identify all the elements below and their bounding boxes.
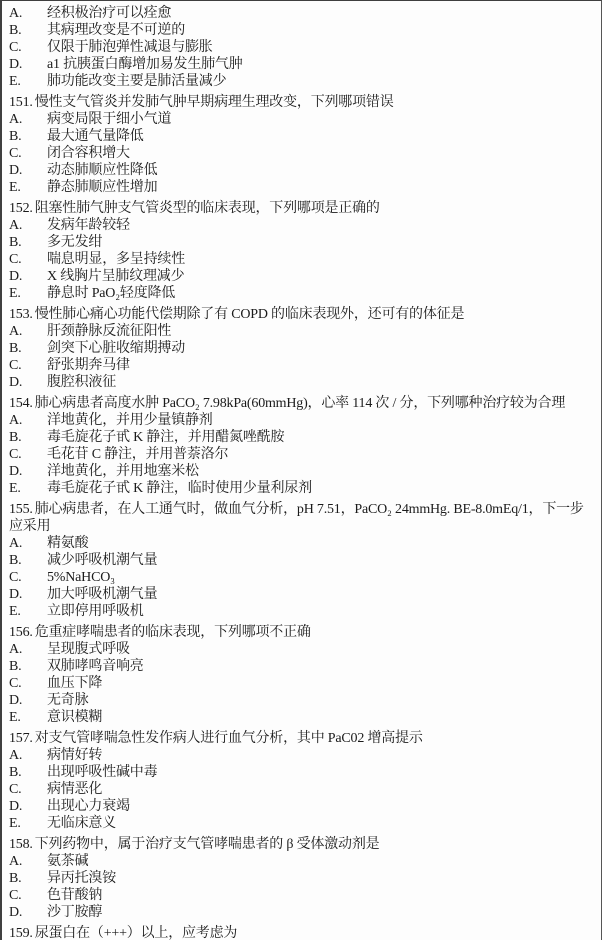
- question-stem: 154.肺心病患者高度水肿 PaCO₂ 7.98kPa(60mmHg)，心率 1…: [9, 395, 595, 412]
- question-154: 154.肺心病患者高度水肿 PaCO₂ 7.98kPa(60mmHg)，心率 1…: [9, 395, 595, 497]
- option-label: E.: [9, 73, 47, 90]
- option-label: E.: [9, 480, 47, 497]
- option-label: A.: [9, 5, 47, 22]
- q156-option-a: A.呈现腹式呼吸: [9, 641, 595, 658]
- option-label: C.: [9, 887, 47, 904]
- option-label: B.: [9, 22, 47, 39]
- option-label: C.: [9, 251, 47, 268]
- q154-option-d: D.洋地黄化，并用地塞米松: [9, 463, 595, 480]
- option-text: 闭合容积增大: [47, 146, 130, 161]
- option-text: 多无发绀: [47, 235, 102, 250]
- q154-option-e: E.毒毛旋花子甙 K 静注，临时使用少量利尿剂: [9, 480, 595, 497]
- option-text: 意识模糊: [47, 710, 102, 725]
- question-152: 152.阻塞性肺气肿支气管炎型的临床表现，下列哪项是正确的 A.发病年龄较轻 B…: [9, 200, 595, 302]
- question-number: 151.: [9, 95, 33, 110]
- option-label: A.: [9, 747, 47, 764]
- option-text: 血压下降: [47, 676, 102, 691]
- option-label: C.: [9, 39, 47, 56]
- q156-option-e: E.意识模糊: [9, 709, 595, 726]
- q154-option-b: B.毒毛旋花子甙 K 静注，并用醋氮唑酰胺: [9, 429, 595, 446]
- question-stem: 155.肺心病患者，在人工通气时，做血气分析，pH 7.51，PaCO₂ 24m…: [9, 501, 595, 535]
- question-157: 157.对支气管哮喘急性发作病人进行血气分析，其中 PaC02 增高提示 A.病…: [9, 730, 595, 832]
- option-label: C.: [9, 145, 47, 162]
- option-text: 毒毛旋花子甙 K 静注，并用醋氮唑酰胺: [47, 430, 284, 445]
- question-153: 153.慢性肺心痛心功能代偿期除了有 COPD 的临床表现外，还可有的体征是 A…: [9, 306, 595, 391]
- option-label: A.: [9, 535, 47, 552]
- question-stem: 153.慢性肺心痛心功能代偿期除了有 COPD 的临床表现外，还可有的体征是: [9, 306, 595, 323]
- option-text: 腹腔积液征: [47, 375, 116, 390]
- q155-option-a: A.精氨酸: [9, 535, 595, 552]
- q157-option-d: D.出现心力衰竭: [9, 798, 595, 815]
- option-text: 静态肺顺应性增加: [47, 180, 157, 195]
- question-text: 危重症哮喘患者的临床表现，下列哪项不正确: [35, 625, 311, 640]
- option-label: B.: [9, 429, 47, 446]
- q152-option-c: C.喘息明显，多呈持续性: [9, 251, 595, 268]
- q152-option-b: B.多无发绀: [9, 234, 595, 251]
- q157-option-b: B.出现呼吸性碱中毒: [9, 764, 595, 781]
- option-text: 病情恶化: [47, 782, 102, 797]
- q158-option-a: A.氨茶碱: [9, 853, 595, 870]
- option-label: D.: [9, 56, 47, 73]
- question-number: 154.: [9, 396, 33, 411]
- option-label: E.: [9, 179, 47, 196]
- q157-option-e: E.无临床意义: [9, 815, 595, 832]
- option-label: D.: [9, 374, 47, 391]
- option-text: 病变局限于细小气道: [47, 112, 171, 127]
- option-text: 加大呼吸机潮气量: [47, 587, 157, 602]
- option-text: 精氨酸: [47, 536, 88, 551]
- option-text: 剑突下心脏收缩期搏动: [47, 341, 185, 356]
- q151-option-d: D.动态肺顺应性降低: [9, 162, 595, 179]
- question-151: 151.慢性支气管炎并发肺气肿早期病理生理改变，下列哪项错误 A.病变局限于细小…: [9, 94, 595, 196]
- option-text: 仅限于肺泡弹性减退与膨胀: [47, 40, 213, 55]
- q153-option-c: C.舒张期奔马律: [9, 357, 595, 374]
- question-stem: 152.阻塞性肺气肿支气管炎型的临床表现，下列哪项是正确的: [9, 200, 595, 217]
- question-text: 对支气管哮喘急性发作病人进行血气分析，其中 PaC02 增高提示: [35, 731, 423, 746]
- option-text: 出现呼吸性碱中毒: [47, 765, 157, 780]
- q151-option-e: E.静态肺顺应性增加: [9, 179, 595, 196]
- question-text: 肺心病患者高度水肿 PaCO₂ 7.98kPa(60mmHg)，心率 114 次…: [35, 396, 565, 411]
- option-label: B.: [9, 764, 47, 781]
- option-label: E.: [9, 603, 47, 620]
- q155-option-c: C.5%NaHCO₃: [9, 569, 595, 586]
- question-text: 慢性肺心痛心功能代偿期除了有 COPD 的临床表现外，还可有的体征是: [35, 307, 465, 322]
- question-stem: 156.危重症哮喘患者的临床表现，下列哪项不正确: [9, 624, 595, 641]
- q155-option-b: B.减少呼吸机潮气量: [9, 552, 595, 569]
- question-159: 159.尿蛋白在（+++）以上，应考虑为: [9, 925, 595, 940]
- question-stem: 159.尿蛋白在（+++）以上，应考虑为: [9, 925, 595, 940]
- question-stem: 151.慢性支气管炎并发肺气肿早期病理生理改变，下列哪项错误: [9, 94, 595, 111]
- question-number: 152.: [9, 201, 33, 216]
- option-text: 异丙托溴铵: [47, 871, 116, 886]
- prev-question-option-c: C.仅限于肺泡弹性减退与膨胀: [9, 39, 595, 56]
- question-number: 153.: [9, 307, 33, 322]
- q156-option-d: D.无奇脉: [9, 692, 595, 709]
- option-text: 减少呼吸机潮气量: [47, 553, 157, 568]
- option-label: A.: [9, 853, 47, 870]
- question-text: 慢性支气管炎并发肺气肿早期病理生理改变，下列哪项错误: [35, 95, 394, 110]
- prev-question-option-e: E.肺功能改变主要是肺活量减少: [9, 73, 595, 90]
- option-label: A.: [9, 217, 47, 234]
- option-text: 最大通气量降低: [47, 129, 144, 144]
- question-text: 肺心病患者，在人工通气时，做血气分析，pH 7.51，PaCO₂ 24mmHg.…: [9, 502, 584, 534]
- option-label: D.: [9, 692, 47, 709]
- option-text: 动态肺顺应性降低: [47, 163, 157, 178]
- prev-question-option-a: A.经积极治疗可以痊愈: [9, 5, 595, 22]
- option-label: B.: [9, 340, 47, 357]
- question-155: 155.肺心病患者，在人工通气时，做血气分析，pH 7.51，PaCO₂ 24m…: [9, 501, 595, 620]
- question-number: 159.: [9, 926, 33, 940]
- option-text: 静息时 PaO₂轻度降低: [47, 286, 175, 301]
- option-label: D.: [9, 798, 47, 815]
- q154-option-a: A.洋地黄化，并用少量镇静剂: [9, 412, 595, 429]
- option-text: 色苷酸钠: [47, 888, 102, 903]
- option-text: 立即停用呼吸机: [47, 604, 144, 619]
- option-label: C.: [9, 446, 47, 463]
- q155-option-e: E.立即停用呼吸机: [9, 603, 595, 620]
- question-stem: 158.下列药物中，属于治疗支气管哮喘患者的 β 受体激动剂是: [9, 836, 595, 853]
- option-label: B.: [9, 870, 47, 887]
- q158-option-b: B.异丙托溴铵: [9, 870, 595, 887]
- q154-option-c: C.毛花苷 C 静注，并用普萘洛尔: [9, 446, 595, 463]
- option-text: 氨茶碱: [47, 854, 88, 869]
- prev-question-option-d: D.a1 抗胰蛋白酶增加易发生肺气肿: [9, 56, 595, 73]
- option-label: A.: [9, 412, 47, 429]
- question-number: 155.: [9, 502, 33, 517]
- option-text: 肺功能改变主要是肺活量减少: [47, 74, 226, 89]
- question-number: 156.: [9, 625, 33, 640]
- option-text: 洋地黄化，并用地塞米松: [47, 464, 199, 479]
- option-text: 喘息明显，多呈持续性: [47, 252, 185, 267]
- q153-option-d: D.腹腔积液征: [9, 374, 595, 391]
- option-label: C.: [9, 569, 47, 586]
- q152-option-d: D.X 线胸片呈肺纹理减少: [9, 268, 595, 285]
- q152-option-a: A.发病年龄较轻: [9, 217, 595, 234]
- option-text: 双肺哮鸣音响亮: [47, 659, 144, 674]
- q152-option-e: E.静息时 PaO₂轻度降低: [9, 285, 595, 302]
- option-label: C.: [9, 675, 47, 692]
- option-label: D.: [9, 268, 47, 285]
- q157-option-a: A.病情好转: [9, 747, 595, 764]
- option-label: C.: [9, 781, 47, 798]
- option-label: E.: [9, 815, 47, 832]
- option-text: 毒毛旋花子甙 K 静注，临时使用少量利尿剂: [47, 481, 312, 496]
- option-text: 肝颈静脉反流征阳性: [47, 324, 171, 339]
- q151-option-a: A.病变局限于细小气道: [9, 111, 595, 128]
- question-number: 158.: [9, 837, 33, 852]
- option-label: A.: [9, 641, 47, 658]
- option-text: a1 抗胰蛋白酶增加易发生肺气肿: [47, 57, 243, 72]
- question-text: 下列药物中，属于治疗支气管哮喘患者的 β 受体激动剂是: [35, 837, 380, 852]
- prev-question-option-b: B.其病理改变是不可逆的: [9, 22, 595, 39]
- option-text: 沙丁胺醇: [47, 905, 102, 920]
- option-label: D.: [9, 162, 47, 179]
- q155-option-d: D.加大呼吸机潮气量: [9, 586, 595, 603]
- q156-option-b: B.双肺哮鸣音响亮: [9, 658, 595, 675]
- exam-document: A.经积极治疗可以痊愈 B.其病理改变是不可逆的 C.仅限于肺泡弹性减退与膨胀 …: [2, 1, 601, 940]
- option-label: B.: [9, 128, 47, 145]
- question-text: 阻塞性肺气肿支气管炎型的临床表现，下列哪项是正确的: [35, 201, 380, 216]
- q153-option-a: A.肝颈静脉反流征阳性: [9, 323, 595, 340]
- option-text: 无奇脉: [47, 693, 88, 708]
- q153-option-b: B.剑突下心脏收缩期搏动: [9, 340, 595, 357]
- option-text: 5%NaHCO₃: [47, 570, 115, 585]
- option-label: B.: [9, 658, 47, 675]
- question-number: 157.: [9, 731, 33, 746]
- q151-option-b: B.最大通气量降低: [9, 128, 595, 145]
- option-label: D.: [9, 904, 47, 921]
- option-text: 毛花苷 C 静注，并用普萘洛尔: [47, 447, 228, 462]
- option-text: 病情好转: [47, 748, 102, 763]
- q158-option-d: D.沙丁胺醇: [9, 904, 595, 921]
- question-156: 156.危重症哮喘患者的临床表现，下列哪项不正确 A.呈现腹式呼吸 B.双肺哮鸣…: [9, 624, 595, 726]
- option-text: 其病理改变是不可逆的: [47, 23, 185, 38]
- option-label: A.: [9, 111, 47, 128]
- option-label: A.: [9, 323, 47, 340]
- option-label: C.: [9, 357, 47, 374]
- question-158: 158.下列药物中，属于治疗支气管哮喘患者的 β 受体激动剂是 A.氨茶碱 B.…: [9, 836, 595, 921]
- option-text: 舒张期奔马律: [47, 358, 130, 373]
- question-text: 尿蛋白在（+++）以上，应考虑为: [35, 926, 238, 940]
- q157-option-c: C.病情恶化: [9, 781, 595, 798]
- q158-option-c: C.色苷酸钠: [9, 887, 595, 904]
- option-text: 洋地黄化，并用少量镇静剂: [47, 413, 213, 428]
- question-stem: 157.对支气管哮喘急性发作病人进行血气分析，其中 PaC02 增高提示: [9, 730, 595, 747]
- option-label: E.: [9, 285, 47, 302]
- option-text: 出现心力衰竭: [47, 799, 130, 814]
- option-label: D.: [9, 586, 47, 603]
- q156-option-c: C.血压下降: [9, 675, 595, 692]
- option-text: 经积极治疗可以痊愈: [47, 6, 171, 21]
- option-text: 呈现腹式呼吸: [47, 642, 130, 657]
- option-label: E.: [9, 709, 47, 726]
- q151-option-c: C.闭合容积增大: [9, 145, 595, 162]
- orphan-options-block: A.经积极治疗可以痊愈 B.其病理改变是不可逆的 C.仅限于肺泡弹性减退与膨胀 …: [9, 5, 595, 90]
- option-text: 无临床意义: [47, 816, 116, 831]
- option-label: B.: [9, 234, 47, 251]
- option-label: B.: [9, 552, 47, 569]
- option-text: X 线胸片呈肺纹理减少: [47, 269, 184, 284]
- option-label: D.: [9, 463, 47, 480]
- option-text: 发病年龄较轻: [47, 218, 130, 233]
